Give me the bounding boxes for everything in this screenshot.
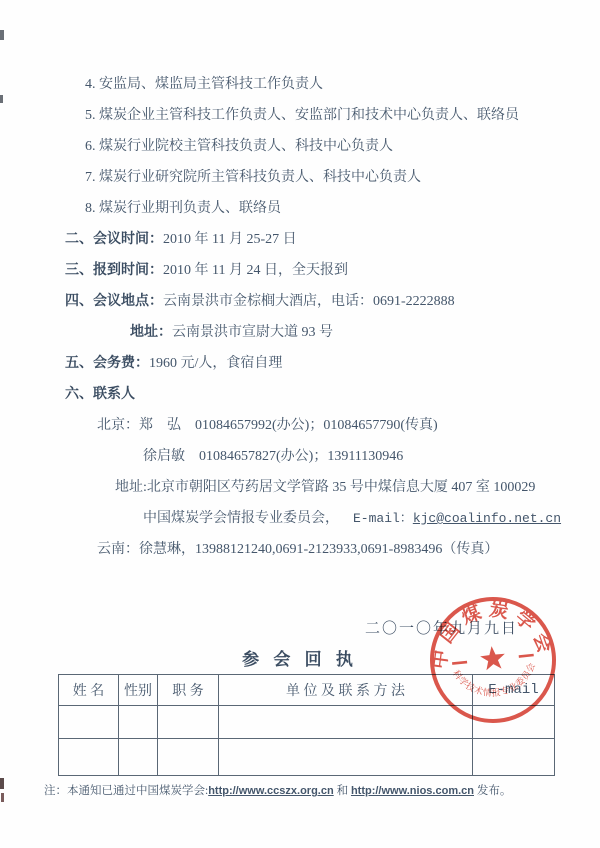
beijing-label: 北京：: [97, 418, 139, 433]
footer-note: 注：本通知已通过中国煤炭学会:http://www.ccszx.org.cn 和…: [44, 782, 600, 798]
email-label: E-mail：: [353, 511, 413, 526]
header-gender: 性别: [119, 675, 158, 706]
venue-line: 四、会议地点：云南景洪市金棕榈大酒店，电话：0691-2222888: [65, 292, 600, 312]
header-email: E-mail: [473, 675, 555, 706]
contact-address-value: 北京市朝阳区芍药居文学管路 35 号中煤信息大厦 407 室 100029: [147, 480, 536, 495]
contact2-name: 徐启敏: [143, 449, 185, 464]
cell-empty: [473, 706, 555, 739]
meeting-time-value: 2010 年 11 月 25-27 日: [163, 232, 297, 247]
cell-empty: [158, 706, 219, 739]
scan-artifact: [0, 30, 4, 40]
attendee-item-5: 5. 煤炭企业主管科技工作负责人、安监部门和技术中心负责人、联络员: [85, 106, 600, 126]
checkin-time-line: 三、报到时间：2010 年 11 月 24 日，全天报到: [65, 261, 600, 281]
scan-artifact: [0, 778, 4, 789]
attendee-item-8: 8. 煤炭行业期刊负责人、联络员: [85, 199, 600, 219]
cell-empty: [473, 739, 555, 776]
note-prefix: 注：本通知已通过中国煤炭学会:: [44, 785, 208, 797]
issue-date: 二〇一〇年九月九日: [0, 619, 600, 639]
cell-empty: [59, 706, 119, 739]
fee-value: 1960 元/人，食宿自理: [149, 356, 282, 371]
contacts-heading-label: 六、联系人: [65, 387, 135, 402]
venue-address-line: 地址：云南景洪市宣尉大道 93 号: [130, 323, 600, 343]
yunnan-info: 徐慧琳，13988121240,0691-2123933,0691-898349…: [139, 542, 498, 557]
note-url-ccszx: http://www.ccszx.org.cn: [208, 785, 334, 797]
venue-value: 云南景洪市金棕榈大酒店，电话：0691-2222888: [163, 294, 455, 309]
contact-beijing-line2: 徐启敏01084657827(办公)；13911130946: [143, 447, 600, 467]
contact-org-line: 中国煤炭学会情报专业委员会，E-mail：kjc@coalinfo.net.cn: [143, 509, 600, 529]
cell-empty: [158, 739, 219, 776]
venue-address-label: 地址：: [130, 325, 172, 340]
meeting-time-line: 二、会议时间：2010 年 11 月 25-27 日: [65, 230, 600, 250]
cell-empty: [119, 739, 158, 776]
contacts-heading: 六、联系人: [65, 385, 600, 405]
contact-org: 中国煤炭学会情报专业委员会，: [143, 511, 339, 526]
header-position: 职 务: [158, 675, 219, 706]
checkin-time-value: 2010 年 11 月 24 日，全天报到: [163, 263, 348, 278]
cell-empty: [59, 739, 119, 776]
scan-artifact: [0, 95, 3, 103]
header-name: 姓 名: [59, 675, 119, 706]
contact1-phones: 01084657992(办公)；01084657790(传真): [195, 418, 438, 433]
venue-label: 四、会议地点：: [65, 294, 163, 309]
table-row: [59, 706, 555, 739]
cell-empty: [219, 706, 473, 739]
cell-empty: [219, 739, 473, 776]
contact-beijing-line1: 北京：郑 弘01084657992(办公)；01084657790(传真): [97, 416, 600, 436]
reply-form-table: 姓 名 性别 职 务 单 位 及 联 系 方 法 E-mail: [58, 674, 555, 776]
attendee-item-4: 4. 安监局、煤监局主管科技工作负责人: [85, 75, 600, 95]
contact1-name: 郑 弘: [139, 418, 181, 433]
notice-body: 4. 安监局、煤监局主管科技工作负责人 5. 煤炭企业主管科技工作负责人、安监部…: [0, 0, 600, 798]
fee-line: 五、会务费：1960 元/人，食宿自理: [65, 354, 600, 374]
scanned-notice-page: 4. 安监局、煤监局主管科技工作负责人 5. 煤炭企业主管科技工作负责人、安监部…: [0, 0, 600, 848]
reply-form-title: 参 会 回 执: [0, 649, 600, 671]
cell-empty: [119, 706, 158, 739]
table-row: [59, 739, 555, 776]
header-org-contact: 单 位 及 联 系 方 法: [219, 675, 473, 706]
venue-address-value: 云南景洪市宣尉大道 93 号: [172, 325, 333, 340]
scan-artifact: [1, 793, 4, 802]
attendee-item-6: 6. 煤炭行业院校主管科技负责人、科技中心负责人: [85, 137, 600, 157]
checkin-time-label: 三、报到时间：: [65, 263, 163, 278]
contact2-phones: 01084657827(办公)；13911130946: [199, 449, 403, 464]
note-conjunction: 和: [334, 785, 351, 797]
email-value: kjc@coalinfo.net.cn: [413, 511, 561, 526]
contact-address-line: 地址:北京市朝阳区芍药居文学管路 35 号中煤信息大厦 407 室 100029: [115, 478, 600, 498]
note-suffix: 发布。: [474, 785, 511, 797]
contact-address-label: 地址:: [115, 480, 147, 495]
fee-label: 五、会务费：: [65, 356, 149, 371]
attendee-item-7: 7. 煤炭行业研究院所主管科技负责人、科技中心负责人: [85, 168, 600, 188]
yunnan-label: 云南：: [97, 542, 139, 557]
contact-yunnan-line: 云南：徐慧琳，13988121240,0691-2123933,0691-898…: [97, 540, 600, 560]
meeting-time-label: 二、会议时间：: [65, 232, 163, 247]
note-url-nios: http://www.nios.com.cn: [351, 785, 474, 797]
table-header-row: 姓 名 性别 职 务 单 位 及 联 系 方 法 E-mail: [59, 675, 555, 706]
